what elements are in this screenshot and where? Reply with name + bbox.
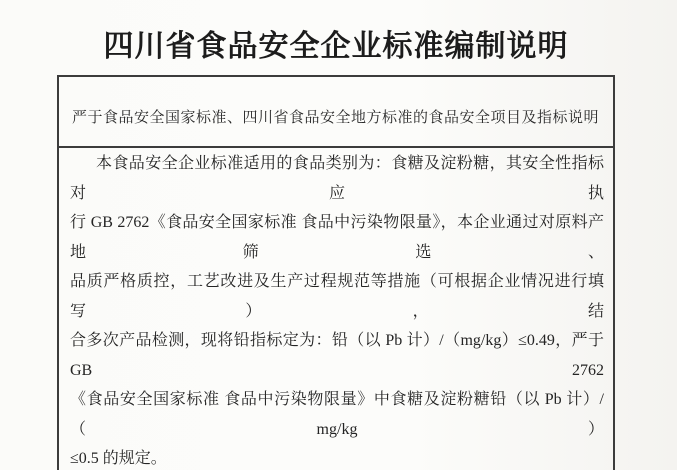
paragraph-line-3: 品质严格质控，工艺改进及生产过程规范等措施（可根据企业情况进行填写），结: [70, 267, 604, 326]
paragraph-line-4: 合多次产品检测，现将铅指标定为：铅（以 Pb 计）/（mg/kg）≤0.49，严…: [70, 326, 604, 385]
document-title: 四川省食品安全企业标准编制说明: [57, 30, 615, 64]
paragraph-line-1: 本食品安全企业标准适用的食品类别为：食糖及淀粉糖，其安全性指标对应执: [70, 149, 604, 208]
section-header-label: 严于食品安全国家标准、四川省食品安全地方标准的食品安全项目及指标说明: [72, 106, 599, 127]
scanned-document-page: 四川省食品安全企业标准编制说明 严于食品安全国家标准、四川省食品安全地方标准的食…: [0, 0, 677, 470]
standard-form-table: 严于食品安全国家标准、四川省食品安全地方标准的食品安全项目及指标说明 本食品安全…: [57, 75, 615, 470]
paragraph-line-5: 《食品安全国家标准 食品中污染物限量》中食糖及淀粉糖铅（以 Pb 计）/（mg/…: [70, 385, 604, 444]
section-header-row: 严于食品安全国家标准、四川省食品安全地方标准的食品安全项目及指标说明: [59, 77, 613, 148]
paragraph-line-2: 行 GB 2762《食品安全国家标准 食品中污染物限量》，本企业通过对原料产地筛…: [70, 208, 604, 267]
paragraph-line-6: ≤0.5 的规定。: [70, 444, 604, 470]
section-body-row: 本食品安全企业标准适用的食品类别为：食糖及淀粉糖，其安全性指标对应执 行 GB …: [59, 148, 613, 470]
